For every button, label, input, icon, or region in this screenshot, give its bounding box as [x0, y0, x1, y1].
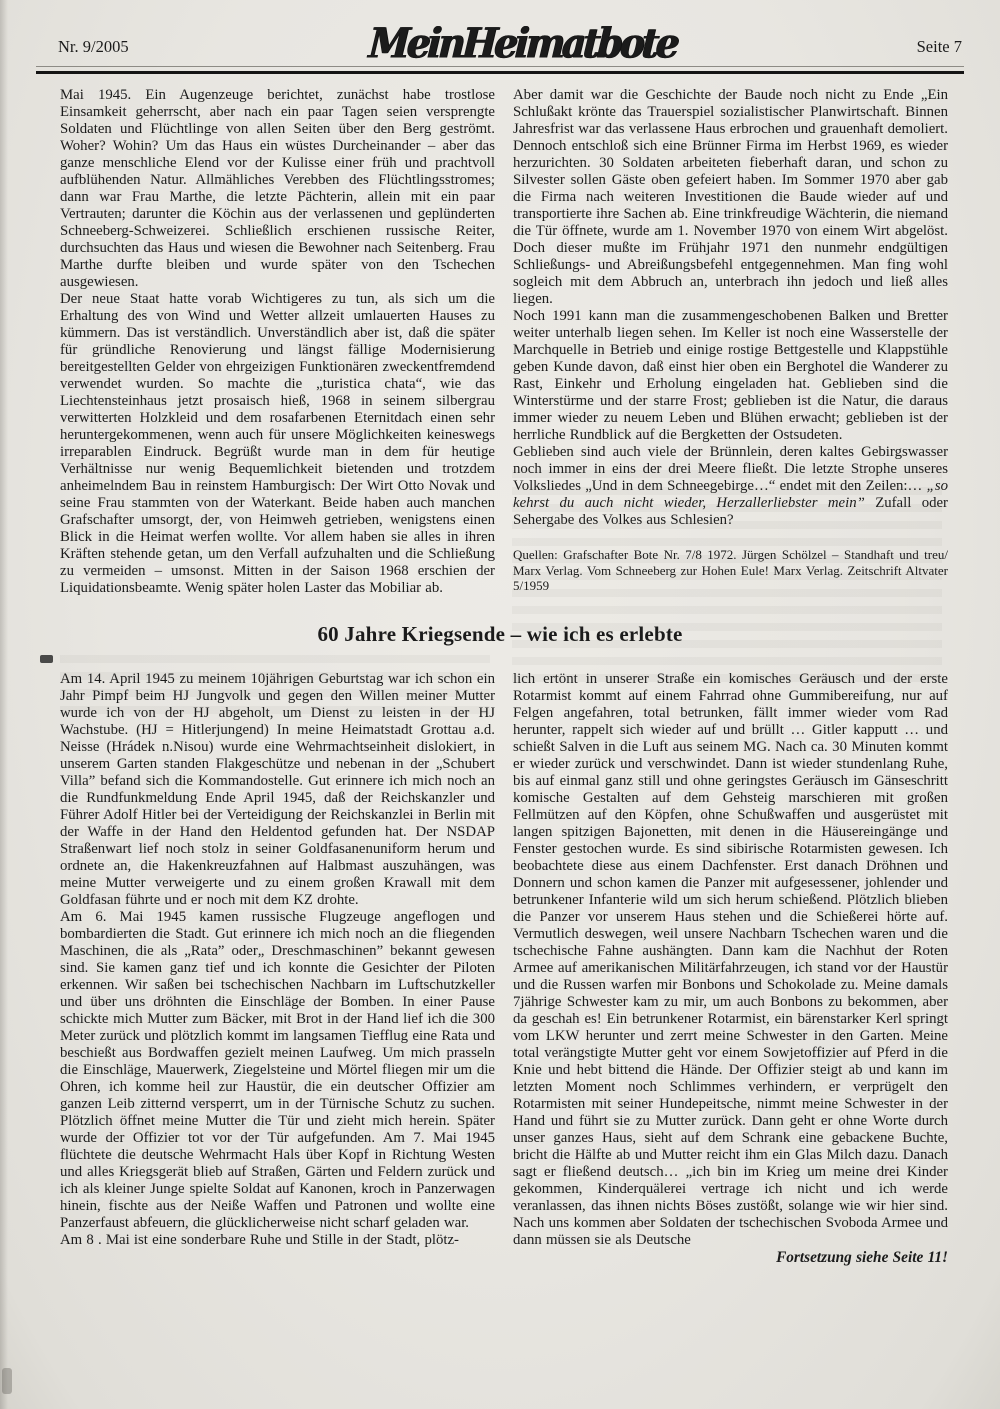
paragraph: Am 6. Mai 1945 kamen russische Flugzeuge…: [60, 909, 495, 1232]
article-kriegsende-left-column: Am 14. April 1945 zu meinem 10jährigen G…: [60, 671, 495, 1266]
article-kriegsende: Am 14. April 1945 zu meinem 10jährigen G…: [0, 658, 1000, 1266]
paragraph: lich ertönt in unserer Straße ein komisc…: [513, 671, 948, 1249]
article-baude-left-column: Mai 1945. Ein Augenzeuge berichtet, zunä…: [60, 87, 495, 597]
quote-lead-text: Geblieben sind auch viele der Brünnlein,…: [513, 444, 948, 494]
issue-number: Nr. 9/2005: [58, 39, 129, 62]
masthead-title: MeinHeimatbote: [368, 24, 678, 63]
scan-smudge: [2, 1368, 12, 1394]
sources-note: Quellen: Grafschafter Bote Nr. 7/8 1972.…: [513, 547, 948, 593]
paragraph: Der neue Staat hatte vorab Wichtigeres z…: [60, 291, 495, 597]
paragraph: Am 8 . Mai ist eine sonderbare Ruhe und …: [60, 1232, 495, 1249]
page-number: Seite 7: [917, 39, 962, 62]
paragraph: Aber damit war die Geschichte der Baude …: [513, 87, 948, 308]
scan-edge-shade: [0, 0, 8, 1409]
article-baude: Mai 1945. Ein Augenzeuge berichtet, zunä…: [0, 74, 1000, 597]
page-header: Nr. 9/2005 MeinHeimatbote Seite 7: [0, 0, 1000, 61]
article-kriegsende-right-column: lich ertönt in unserer Straße ein komisc…: [513, 671, 948, 1266]
article-baude-right-column: Aber damit war die Geschichte der Baude …: [513, 87, 948, 597]
article-kriegsende-title: 60 Jahre Kriegsende – wie ich es erlebte: [0, 622, 1000, 647]
paragraph: Mai 1945. Ein Augenzeuge berichtet, zunä…: [60, 87, 495, 291]
newspaper-page: Nr. 9/2005 MeinHeimatbote Seite 7 Mai 19…: [0, 0, 1000, 1409]
paragraph-with-song-quote: Geblieben sind auch viele der Brünnlein,…: [513, 444, 948, 529]
scan-smudge: [40, 655, 53, 663]
paragraph: Noch 1991 kann man die zusammengeschoben…: [513, 308, 948, 444]
continuation-note: Fortsetzung siehe Seite 11!: [513, 1249, 948, 1266]
paragraph: Am 14. April 1945 zu meinem 10jährigen G…: [60, 671, 495, 909]
